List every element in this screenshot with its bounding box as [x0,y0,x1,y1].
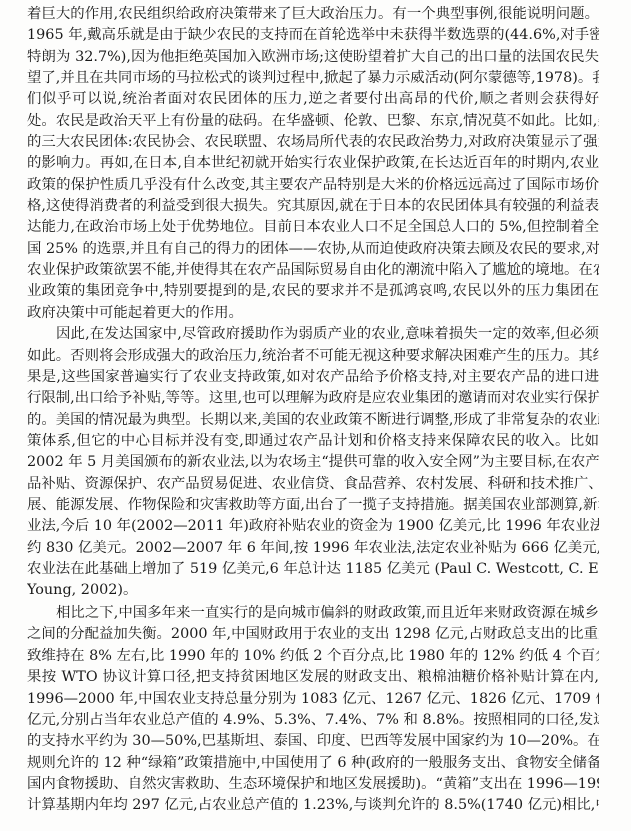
text-line: 2002 年 5 月美国颁布的新农业法,以为农场主“提供可靠的收入安全网”为主要… [27,452,599,473]
paragraph-continuation: 着巨大的作用,农民组织给政府决策带来了巨大政治压力。有一个典型事例,很能说明问题… [27,4,599,324]
text-line: 1965 年,戴高乐就是由于缺少农民的支持而在首轮选举中未获得半数选票的(44.… [27,25,599,46]
text-line: 政策的保护性质几乎没有什么改变,其主要农产品特别是大米的价格远远高过了国际市场价 [27,175,599,196]
text-line: 处。农民是政治天平上有份量的砝码。在华盛顿、伦敦、巴黎、东京,情况莫不如此。比如… [27,111,599,132]
text-line: 政府决策中可能起着更大的作用。 [27,303,599,324]
text-line: 策体系,但它的中心目标并没有变,即通过农产品计划和价格支持来保障农民的收入。比如 [27,431,599,452]
body-text: 着巨大的作用,农民组织给政府决策带来了巨大政治压力。有一个典型事例,很能说明问题… [27,4,599,817]
text-line: 规则允许的 12 种“绿箱”政策措施中,中国使用了 6 种(政府的一般服务支出、… [27,753,599,774]
text-line: 相比之下,中国多年来一直实行的是向城市偏斜的财政政策,而且近年来财政资源在城乡 [27,603,599,624]
text-line: 1996—2000 年,中国农业支持总量分别为 1083 亿元、1267 亿元、… [27,689,599,710]
text-line: 业法,今后 10 年(2002—2011 年)政府补贴农业的资金为 1900 亿… [27,516,599,537]
text-line: 农业法在此基础上增加了 519 亿美元,6 年总计达 1185 亿美元 (Pau… [27,559,599,580]
paragraph-china-comparison: 相比之下,中国多年来一直实行的是向城市偏斜的财政政策,而且近年来财政资源在城乡 … [27,603,599,816]
text-line: 的影响力。再如,在日本,自本世纪初就开始实行农业保护政策,在长达近百年的时期内,… [27,153,599,174]
text-line: 的。美国的情况最为典型。长期以来,美国的农业政策不断进行调整,形成了非常复杂的农… [27,410,599,431]
text-line: 国内食物援助、自然灾害救助、生态环境保护和地区发展援助)。“黄箱”支出在 199… [27,774,599,795]
text-line: 望了,并且在共同市场的马拉松式的谈判过程中,掀起了暴力示威活动(阿尔蒙德等,19… [27,68,599,89]
text-line: 的三大农民团体:农民协会、农民联盟、农场局所代表的农民政治势力,对政府决策显示了… [27,132,599,153]
scanned-page: 着巨大的作用,农民组织给政府决策带来了巨大政治压力。有一个典型事例,很能说明问题… [0,0,631,831]
text-line: 行限制,出口给予补贴,等等。这里,也可以理解为政府是应农业集团的邀请而对农业实行… [27,388,599,409]
text-line: 农业保护政策欲罢不能,并使得其在农产品国际贸易自由化的潮流中陷入了尴尬的境地。在… [27,260,599,281]
text-line: 的支持水平约为 30—50%,巴基斯坦、泰国、印度、巴西等发展中国家约为 10—… [27,731,599,752]
text-line: 着巨大的作用,农民组织给政府决策带来了巨大政治压力。有一个典型事例,很能说明问题… [27,4,599,25]
text-line: 国 25% 的选票,并且有自己的得力的团体——农协,从而迫使政府决策去顾及农民的… [27,239,599,260]
text-line: 亿元,分别占当年农业总产值的 4.9%、5.3%、7.4%、7% 和 8.8%。… [27,710,599,731]
text-line: 之间的分配益加失衡。2000 年,中国财政用于农业的支出 1298 亿元,占财政… [27,624,599,645]
text-line: 约 830 亿美元。2002—2007 年 6 年间,按 1996 年农业法,法… [27,538,599,559]
text-line: 计算基期内年均 297 亿元,占农业总产值的 1.23%,与谈判允许的 8.5%… [27,795,599,816]
text-line: 业政策的集团竞争中,特别要提到的是,农民的要求并不是孤鸿哀鸣,农民以外的压力集团… [27,281,599,302]
text-line: 果按 WTO 协议计算口径,把支持贫困地区发展的财政支出、粮棉油糖价格补贴计算在… [27,667,599,688]
text-line: Young, 2002)。 [27,580,599,601]
text-line: 特朗为 32.7%),因为他拒绝英国加入欧洲市场;这使盼望着扩大自己的出口量的法… [27,47,599,68]
text-line: 因此,在发达国家中,尽管政府援助作为弱质产业的农业,意味着损失一定的效率,但必须 [27,324,599,345]
text-line: 们似乎可以说,统治者面对农民团体的压力,逆之者要付出高昂的代价,顺之者则会获得好 [27,89,599,110]
text-line: 致维持在 8% 左右,比 1990 年的 10% 约低 2 个百分点,比 198… [27,646,599,667]
paragraph-developed-countries: 因此,在发达国家中,尽管政府援助作为弱质产业的农业,意味着损失一定的效率,但必须… [27,324,599,601]
text-line: 展、能源发展、作物保险和灾害救助等方面,出台了一揽子支持措施。据美国农业部测算,… [27,495,599,516]
text-line: 品补贴、资源保护、农产品贸易促进、农业信贷、食品营养、农村发展、科研和技术推广、… [27,474,599,495]
text-line: 如此。否则将会形成强大的政治压力,统治者不可能无视这种要求解决困难产生的压力。其… [27,346,599,367]
text-line: 格,这使得消费者的利益受到很大损失。究其原因,就在于日本的农民团体具有较强的利益… [27,196,599,217]
text-line: 果是,这些国家普遍实行了农业支持政策,如对农产品给予价格支持,对主要农产品的进口… [27,367,599,388]
text-line: 达能力,在政治市场上处于优势地位。目前日本农业人口不足全国总人口的 5%,但控制… [27,217,599,238]
